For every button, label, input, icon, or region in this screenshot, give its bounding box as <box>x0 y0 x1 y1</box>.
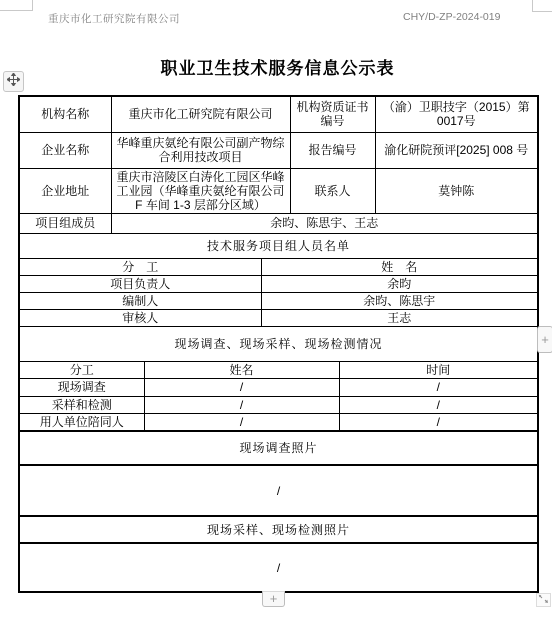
page-header-doc-number: CHY/D-ZP-2024-019 <box>403 11 500 23</box>
text-boundary-mark-top-right <box>532 0 552 12</box>
cell-org-name-label: 机构名称 <box>19 96 111 132</box>
page-title: 职业卫生技术服务信息公示表 <box>18 54 537 79</box>
roster-name-compiler: 余昀、陈思宇 <box>261 292 538 309</box>
table-row: 用人单位陪同人 / / <box>19 413 538 431</box>
cell-enterprise-name-label: 企业名称 <box>19 132 111 168</box>
cell-enterprise-name-value: 华峰重庆氨纶有限公司副产物综合利用技改项目 <box>111 132 290 168</box>
cell-report-number-value: 渝化研院预评[2025] 008 号 <box>375 132 538 168</box>
site-row-sampling-name: / <box>144 396 339 413</box>
sampling-photos-placeholder: / <box>19 543 538 592</box>
site-row-sampling-time: / <box>339 396 538 413</box>
cell-cert-number-value: （渝）卫职技字（2015）第0017号 <box>375 96 538 132</box>
cell-report-number-label: 报告编号 <box>290 132 375 168</box>
table-row: 编制人 余昀、陈思宇 <box>19 292 538 309</box>
survey-photos-placeholder: / <box>19 465 538 516</box>
roster-header-name: 姓 名 <box>261 258 538 275</box>
document-page: 重庆市化工研究院有限公司 CHY/D-ZP-2024-019 职业卫生技术服务信… <box>0 0 552 618</box>
cell-enterprise-address-label: 企业地址 <box>19 168 111 213</box>
site-row-sampling-label: 采样和检测 <box>19 396 144 413</box>
roster-role-leader: 项目负责人 <box>19 275 261 292</box>
site-header-time: 时间 <box>339 361 538 378</box>
section-sampling-photos-title: 现场采样、现场检测照片 <box>19 516 538 543</box>
table-row: 采样和检测 / / <box>19 396 538 413</box>
site-row-survey-label: 现场调查 <box>19 378 144 396</box>
table-resize-handle[interactable] <box>536 593 551 607</box>
service-info-table: 机构名称 重庆市化工研究院有限公司 机构资质证书编号 （渝）卫职技字（2015）… <box>18 95 539 593</box>
resize-arrows-icon <box>538 591 549 609</box>
site-row-escort-label: 用人单位陪同人 <box>19 413 144 431</box>
roster-role-compiler: 编制人 <box>19 292 261 309</box>
cell-enterprise-address-value: 重庆市涪陵区白涛化工园区华峰工业园（华峰重庆氨纶有限公司 F 车间 1-3 层部… <box>111 168 290 213</box>
cell-team-members-value: 余昀、陈思宇、王志 <box>111 213 538 233</box>
site-row-escort-time: / <box>339 413 538 431</box>
cell-contact-label: 联系人 <box>290 168 375 213</box>
site-header-name: 姓名 <box>144 361 339 378</box>
site-row-escort-name: / <box>144 413 339 431</box>
site-row-survey-name: / <box>144 378 339 396</box>
section-site-title: 现场调查、现场采样、现场检测情况 <box>19 326 538 361</box>
cell-org-name-value: 重庆市化工研究院有限公司 <box>111 96 290 132</box>
roster-name-reviewer: 王志 <box>261 309 538 326</box>
text-boundary-mark-top-left <box>0 0 33 11</box>
section-survey-photos-title: 现场调查照片 <box>19 431 538 465</box>
add-column-button[interactable]: + <box>537 326 552 353</box>
add-row-button[interactable]: + <box>262 591 285 607</box>
site-header-division: 分工 <box>19 361 144 378</box>
roster-name-leader: 余昀 <box>261 275 538 292</box>
roster-role-reviewer: 审核人 <box>19 309 261 326</box>
cell-cert-number-label: 机构资质证书编号 <box>290 96 375 132</box>
cell-team-members-label: 项目组成员 <box>19 213 111 233</box>
table-row: 现场调查 / / <box>19 378 538 396</box>
table-row: 审核人 王志 <box>19 309 538 326</box>
site-row-survey-time: / <box>339 378 538 396</box>
section-roster-title: 技术服务项目组人员名单 <box>19 233 538 258</box>
page-header-company: 重庆市化工研究院有限公司 <box>48 11 180 26</box>
roster-header-division: 分 工 <box>19 258 261 275</box>
cell-contact-value: 莫钟陈 <box>375 168 538 213</box>
table-row: 项目负责人 余昀 <box>19 275 538 292</box>
